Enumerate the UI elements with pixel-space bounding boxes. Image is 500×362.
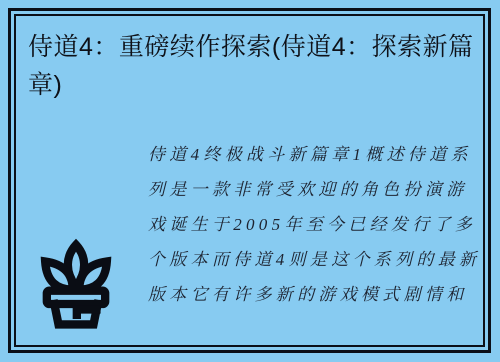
paragraph-line: 侍道4终极战斗新篇章1概述侍道系 [148,137,488,172]
potted-plant-icon [26,232,126,336]
paragraph-line: 列是一款非常受欢迎的角色扮演游 [148,172,488,207]
article-card-page: { "page": { "bg_color": "#87CBF1", "bord… [0,0,500,362]
article-body: 侍道4终极战斗新篇章1概述侍道系 列是一款非常受欢迎的角色扮演游 戏诞生于200… [16,16,483,345]
paragraph-line: 戏诞生于2005年至今已经发行了多 [148,207,488,242]
card-outer-border: 侍道4：重磅续作探索(侍道4：探索新篇章) 侍道4终极战斗新篇章1概述侍道系 列… [8,8,491,353]
paragraph-line: 版本它有许多新的游戏模式剧情和 [148,277,488,312]
article-paragraph: 侍道4终极战斗新篇章1概述侍道系 列是一款非常受欢迎的角色扮演游 戏诞生于200… [148,137,488,312]
paragraph-line: 个版本而侍道4则是这个系列的最新 [148,242,488,277]
card-inner-border: 侍道4：重磅续作探索(侍道4：探索新篇章) 侍道4终极战斗新篇章1概述侍道系 列… [14,14,485,347]
